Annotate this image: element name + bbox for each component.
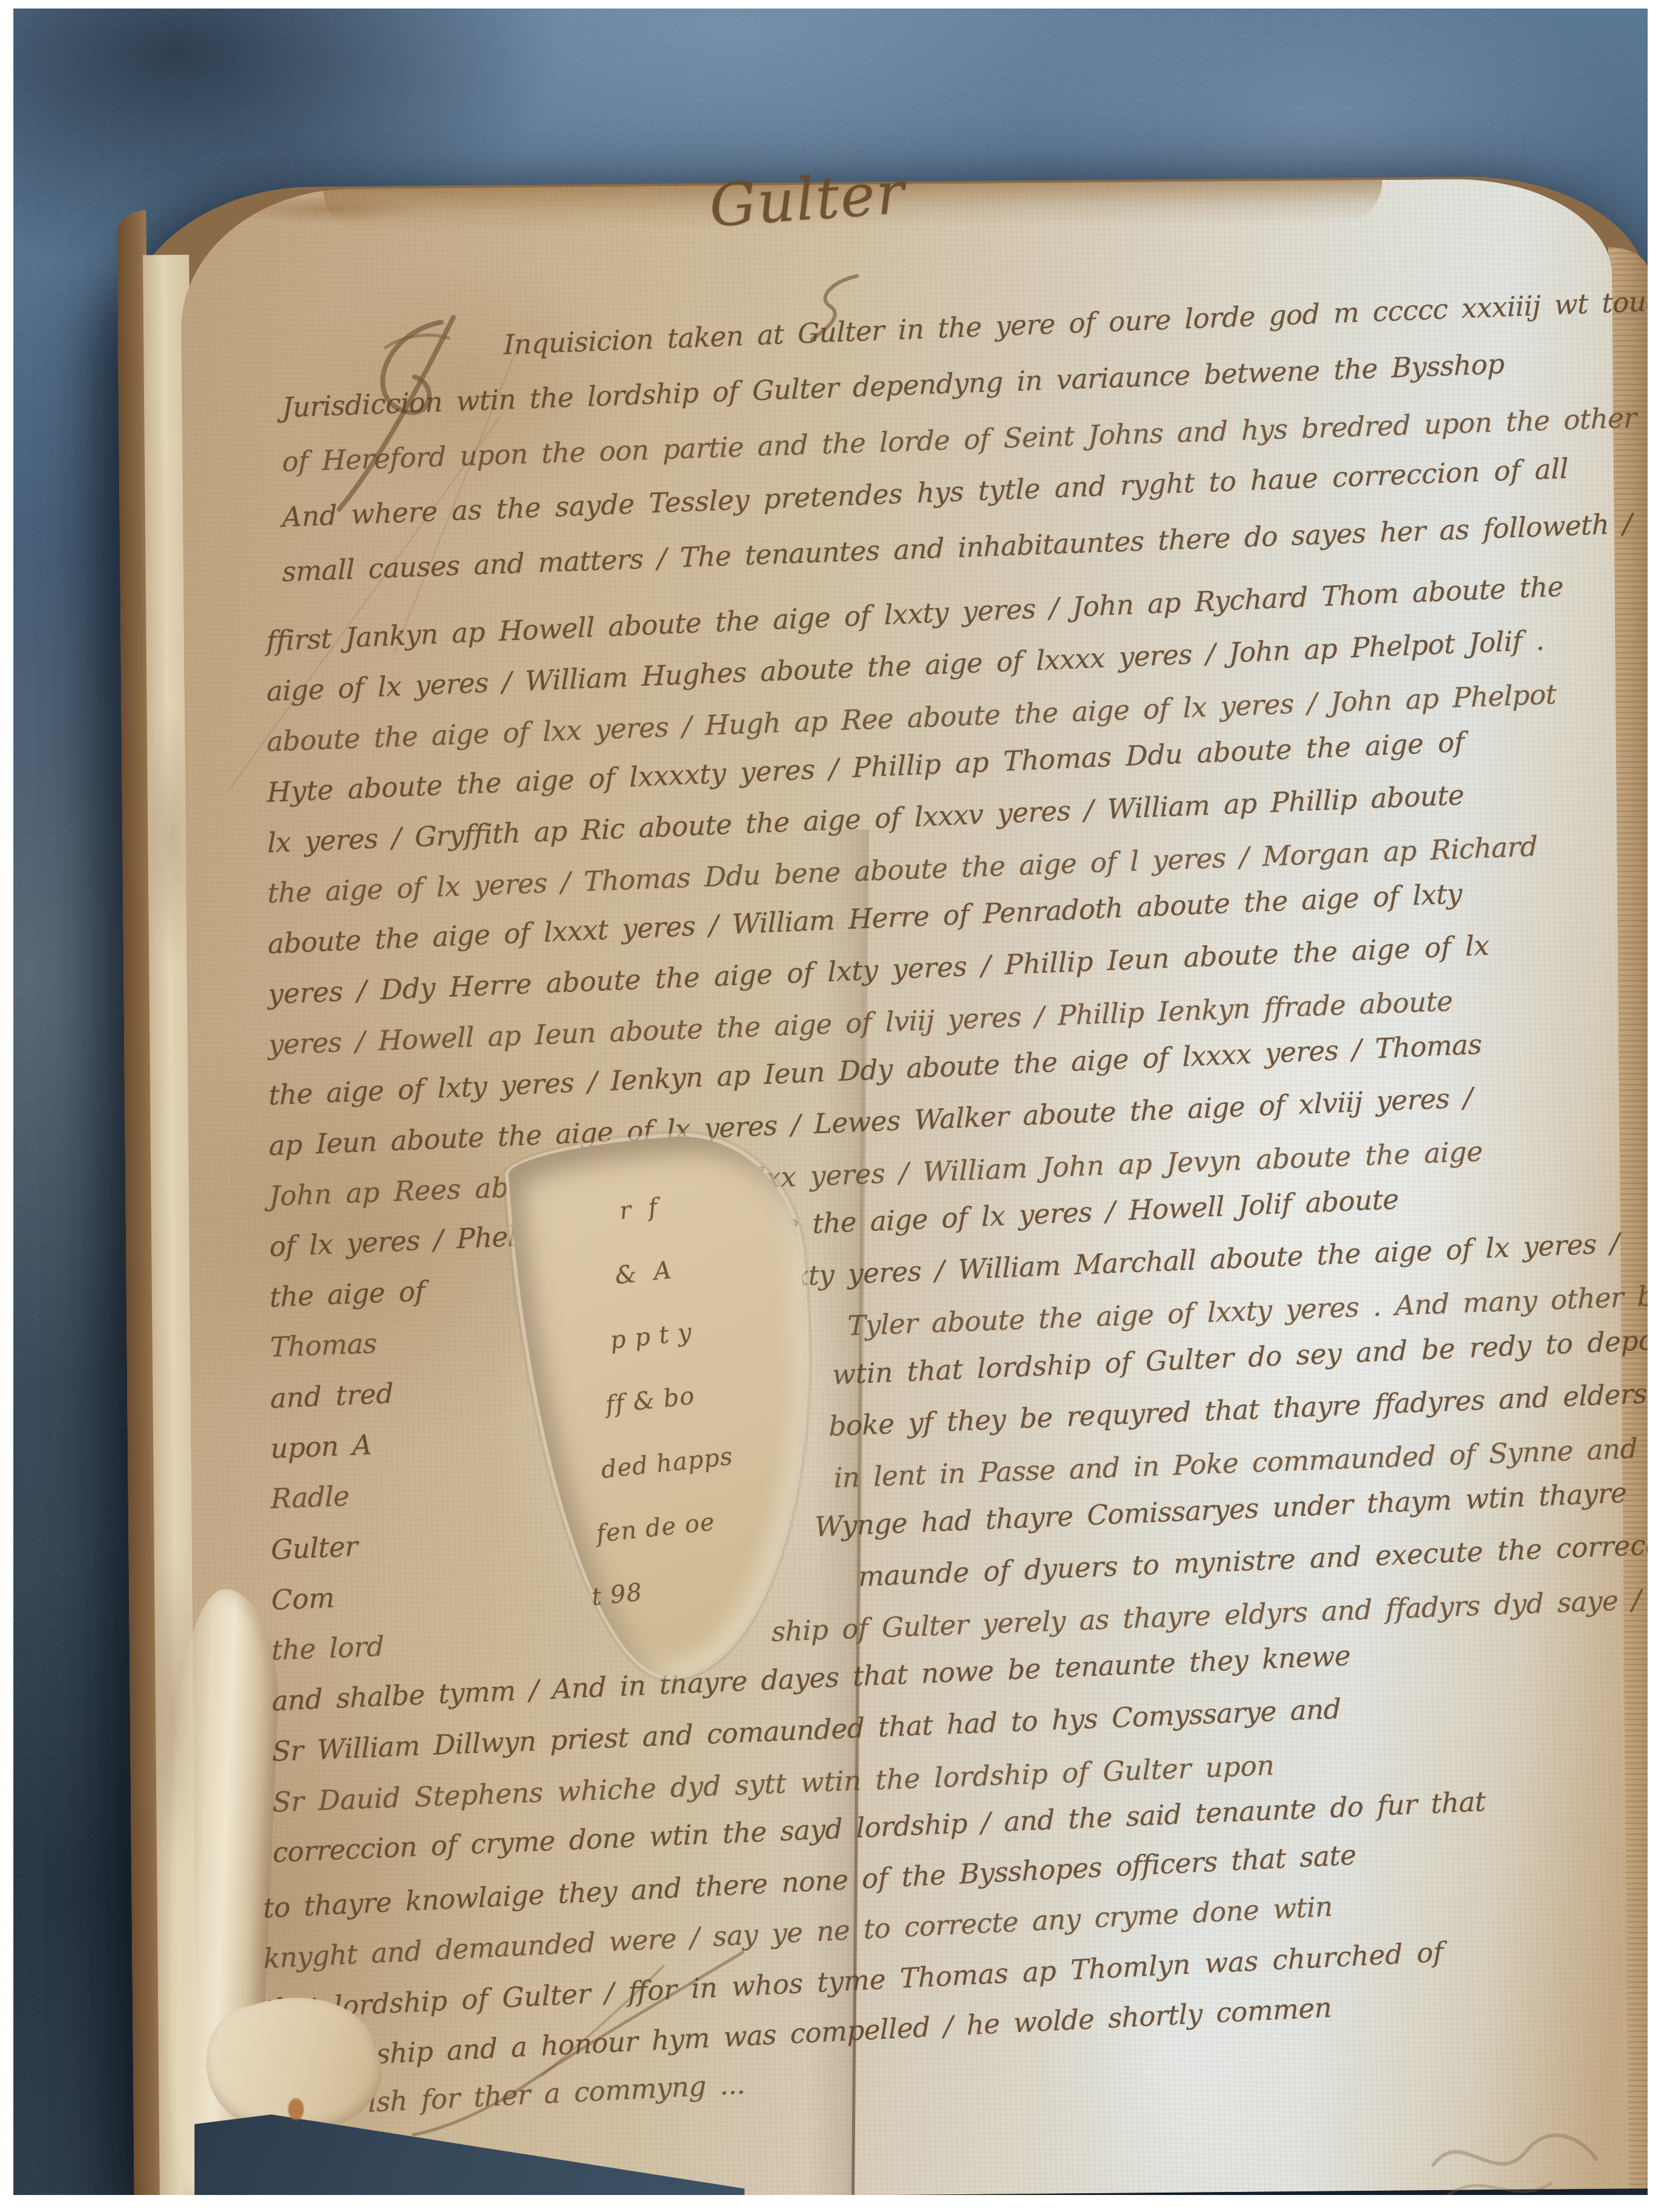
rust-spot [288,2098,304,2120]
underpage-writing-fragment: ded happs [600,1442,735,1484]
manuscript-photograph: { "title": { "text": "Gulter" }, "manusc… [0,0,1661,2212]
pencil-scribble-icon [1425,2092,1613,2195]
underpage-writing-fragment: p p t y [609,1318,693,1355]
underpage-writing-fragment: & A [613,1256,673,1290]
pen-tail-flourish-icon [402,1942,755,2148]
underpage-writing-fragment: t 98 [590,1578,644,1611]
underpage-writing-fragment: r f [618,1193,659,1225]
underpage-writing-fragment: fen de oe [595,1508,716,1548]
page-title: Gulter [707,159,907,240]
top-edge-stain-left [223,195,424,224]
photo-backdrop-cloth: Gulter Inquisicion taken at Gulter in th… [13,9,1648,2195]
underpage-writing-fragment: ff & bo [604,1382,696,1419]
